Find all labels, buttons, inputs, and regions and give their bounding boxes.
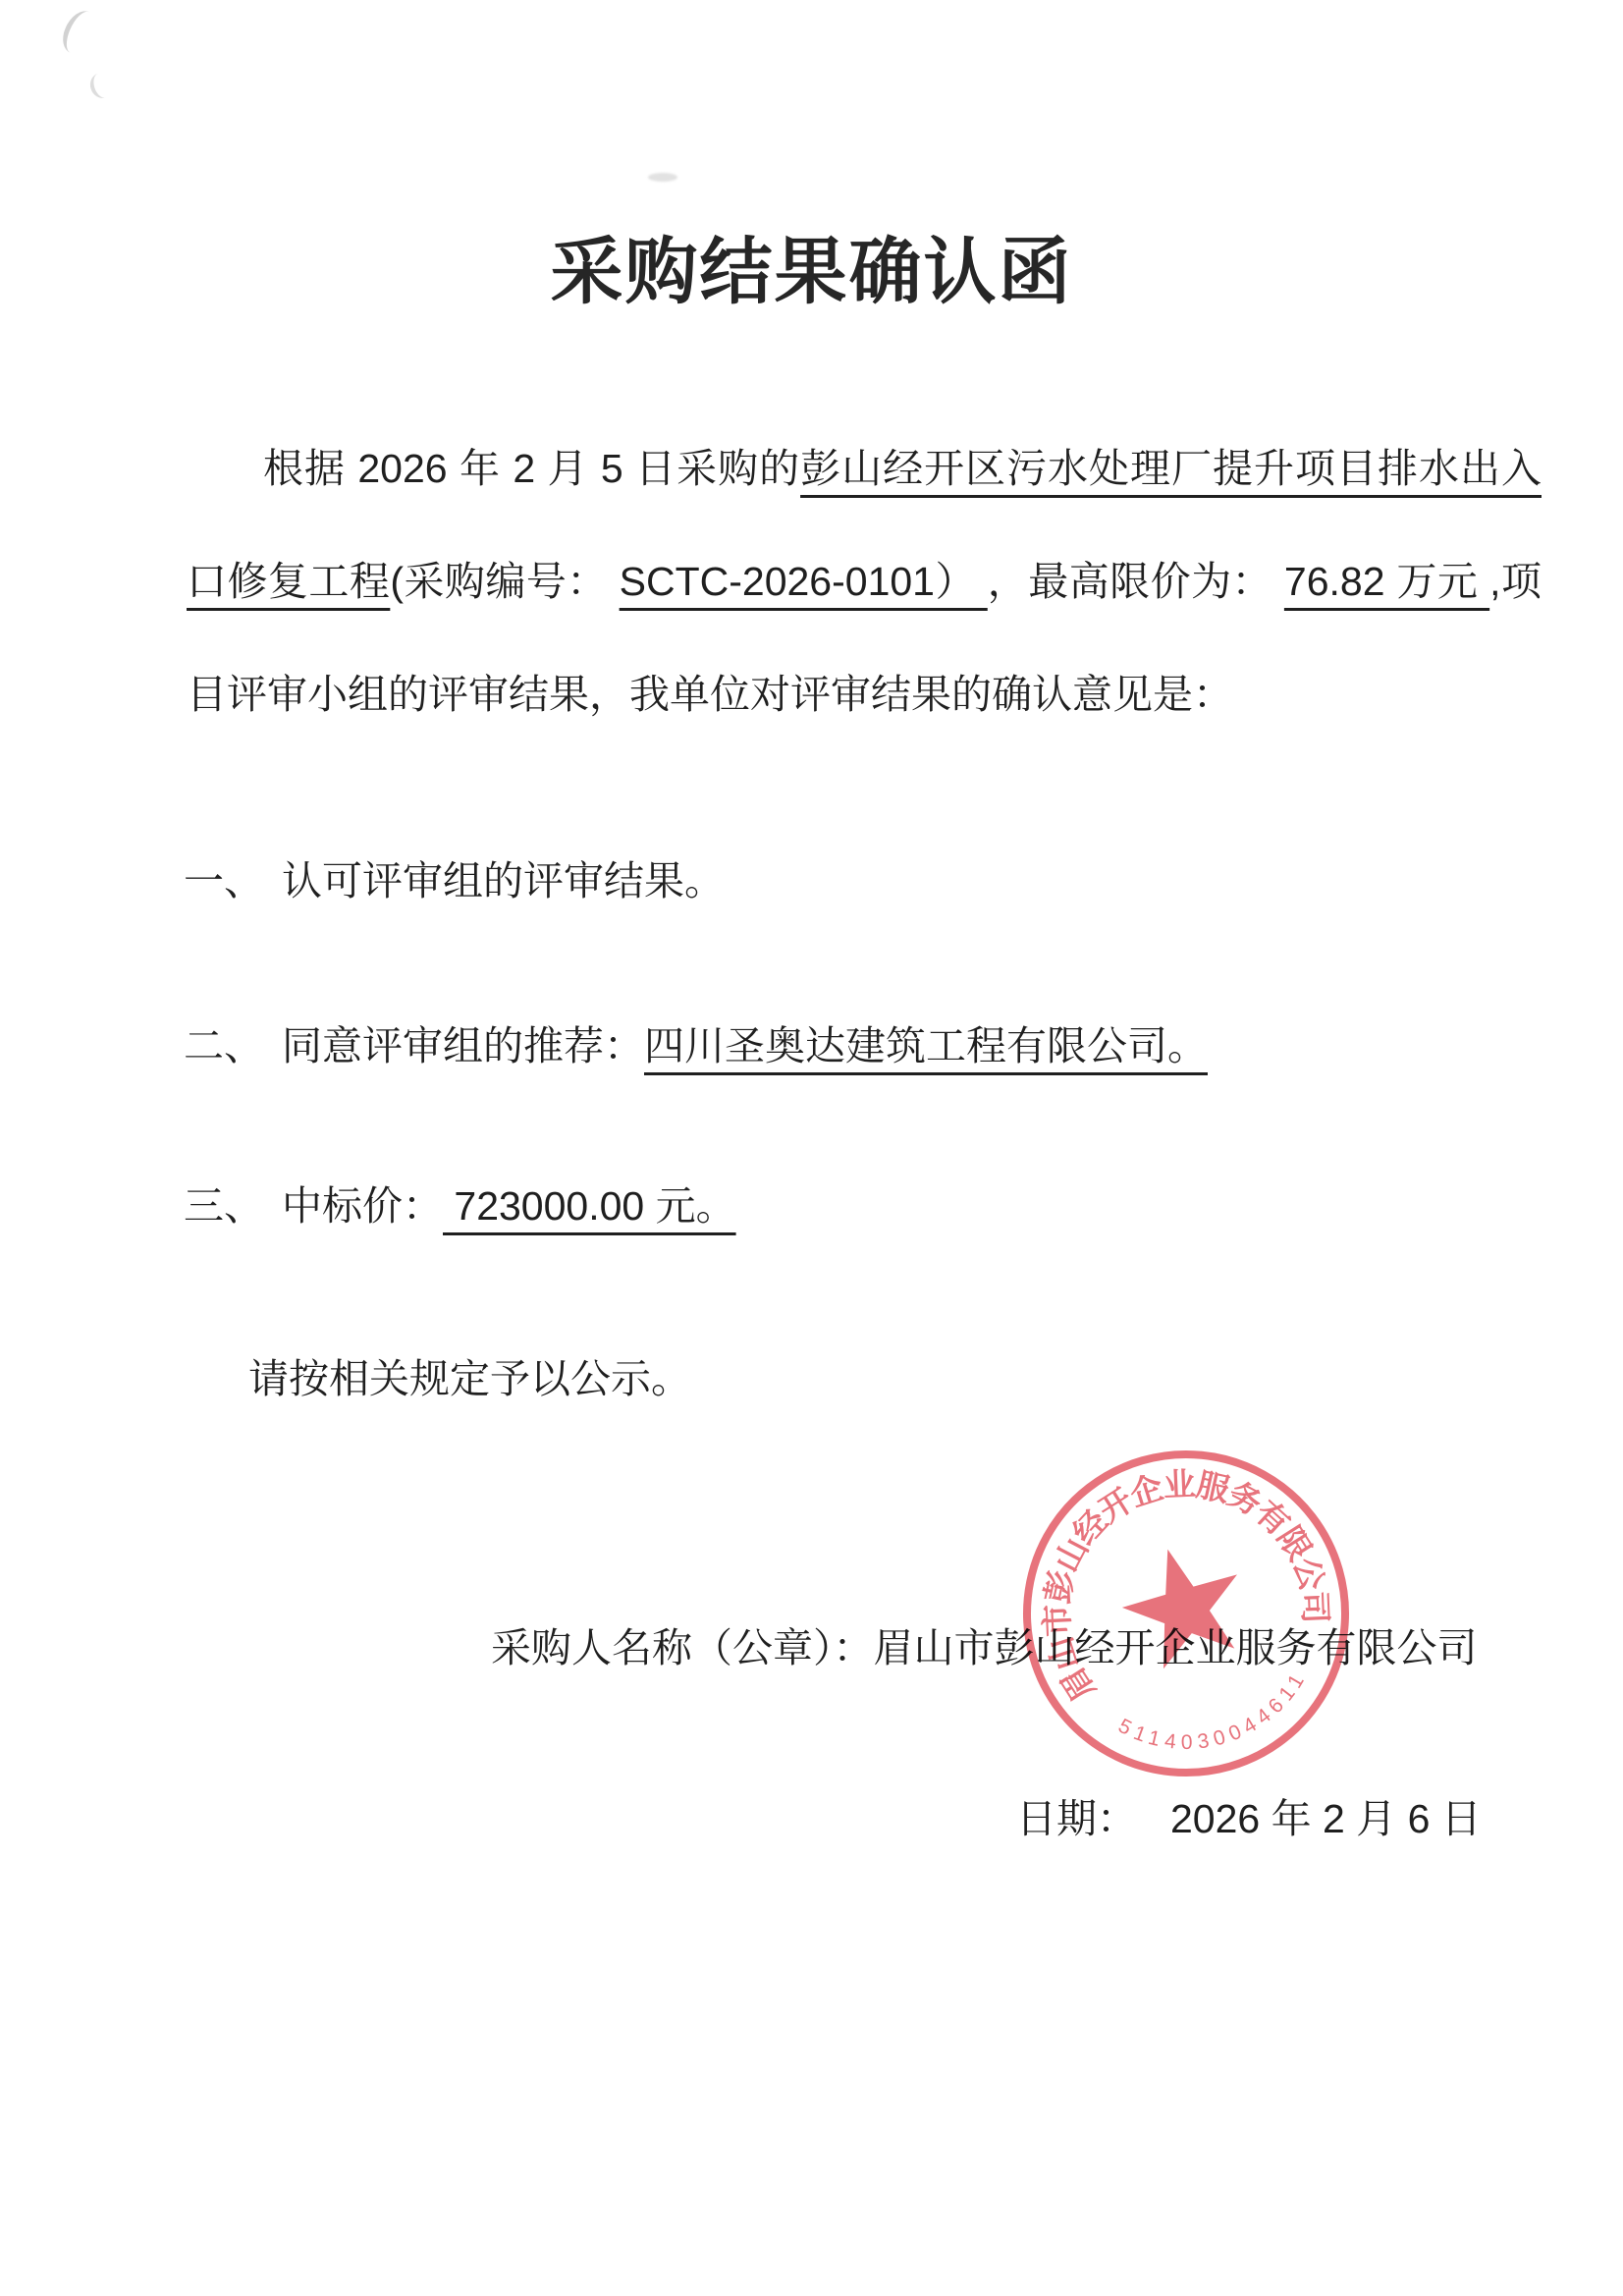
purchaser-name: 眉山市彭山经开企业服务有限公司 bbox=[874, 1625, 1478, 1670]
document-page: 采购结果确认函 根据 2026 年 2 月 5 日采购的彭山经开区污水处理厂提升… bbox=[0, 0, 1623, 2296]
intro-paragraph: 根据 2026 年 2 月 5 日采购的彭山经开区污水处理厂提升项目排水出入口修… bbox=[187, 412, 1542, 751]
item-text: 中标价： bbox=[282, 1183, 443, 1229]
date-label: 日期： bbox=[1016, 1796, 1137, 1841]
scan-artifact bbox=[87, 70, 118, 101]
svg-text:5114030044611: 5114030044611 bbox=[1109, 1663, 1323, 1777]
scan-artifact bbox=[58, 6, 103, 59]
item-number: 三、 bbox=[184, 1183, 264, 1229]
purchaser-signature-line: 采购人名称（公章）：眉山市彭山经开企业服务有限公司 bbox=[491, 1616, 1478, 1679]
item-text: 同意评审组的推荐： bbox=[282, 1023, 644, 1068]
list-item-3: 三、中标价： 723000.00 元。 bbox=[184, 1175, 736, 1237]
date-line: 日期：2026 年 2 月 6 日 bbox=[1016, 1787, 1482, 1850]
item-number: 一、 bbox=[184, 858, 264, 903]
official-seal-stamp: 眉山市彭山经开企业服务有限公司 5114030044611 bbox=[944, 1371, 1430, 1857]
date-value: 2026 年 2 月 6 日 bbox=[1170, 1796, 1482, 1841]
intro-text: ，最高限价为： bbox=[988, 559, 1284, 604]
procurement-number-underlined: SCTC-2026-0101） bbox=[620, 559, 988, 604]
list-item-2: 二、同意评审组的推荐：四川圣奥达建筑工程有限公司。 bbox=[184, 1014, 1208, 1077]
item-number: 二、 bbox=[184, 1023, 264, 1068]
scan-artifact bbox=[648, 173, 677, 182]
seal-ring bbox=[990, 1417, 1383, 1811]
intro-text: (采购编号： bbox=[390, 559, 619, 604]
intro-text: 根据 2026 年 2 月 5 日采购的 bbox=[263, 446, 800, 491]
max-price-underlined: 76.82 万元 bbox=[1284, 559, 1489, 604]
closing-note: 请按相关规定予以公示。 bbox=[248, 1347, 691, 1410]
recommended-company-underlined: 四川圣奥达建筑工程有限公司。 bbox=[644, 1023, 1208, 1068]
winning-price-underlined: 723000.00 元。 bbox=[443, 1183, 736, 1229]
purchaser-label: 采购人名称（公章）： bbox=[491, 1625, 874, 1670]
seal-number: 5114030044611 bbox=[1109, 1663, 1323, 1777]
page-title: 采购结果确认函 bbox=[0, 223, 1623, 321]
list-item-1: 一、认可评审组的评审结果。 bbox=[184, 849, 725, 912]
item-text: 认可评审组的评审结果。 bbox=[282, 858, 725, 903]
